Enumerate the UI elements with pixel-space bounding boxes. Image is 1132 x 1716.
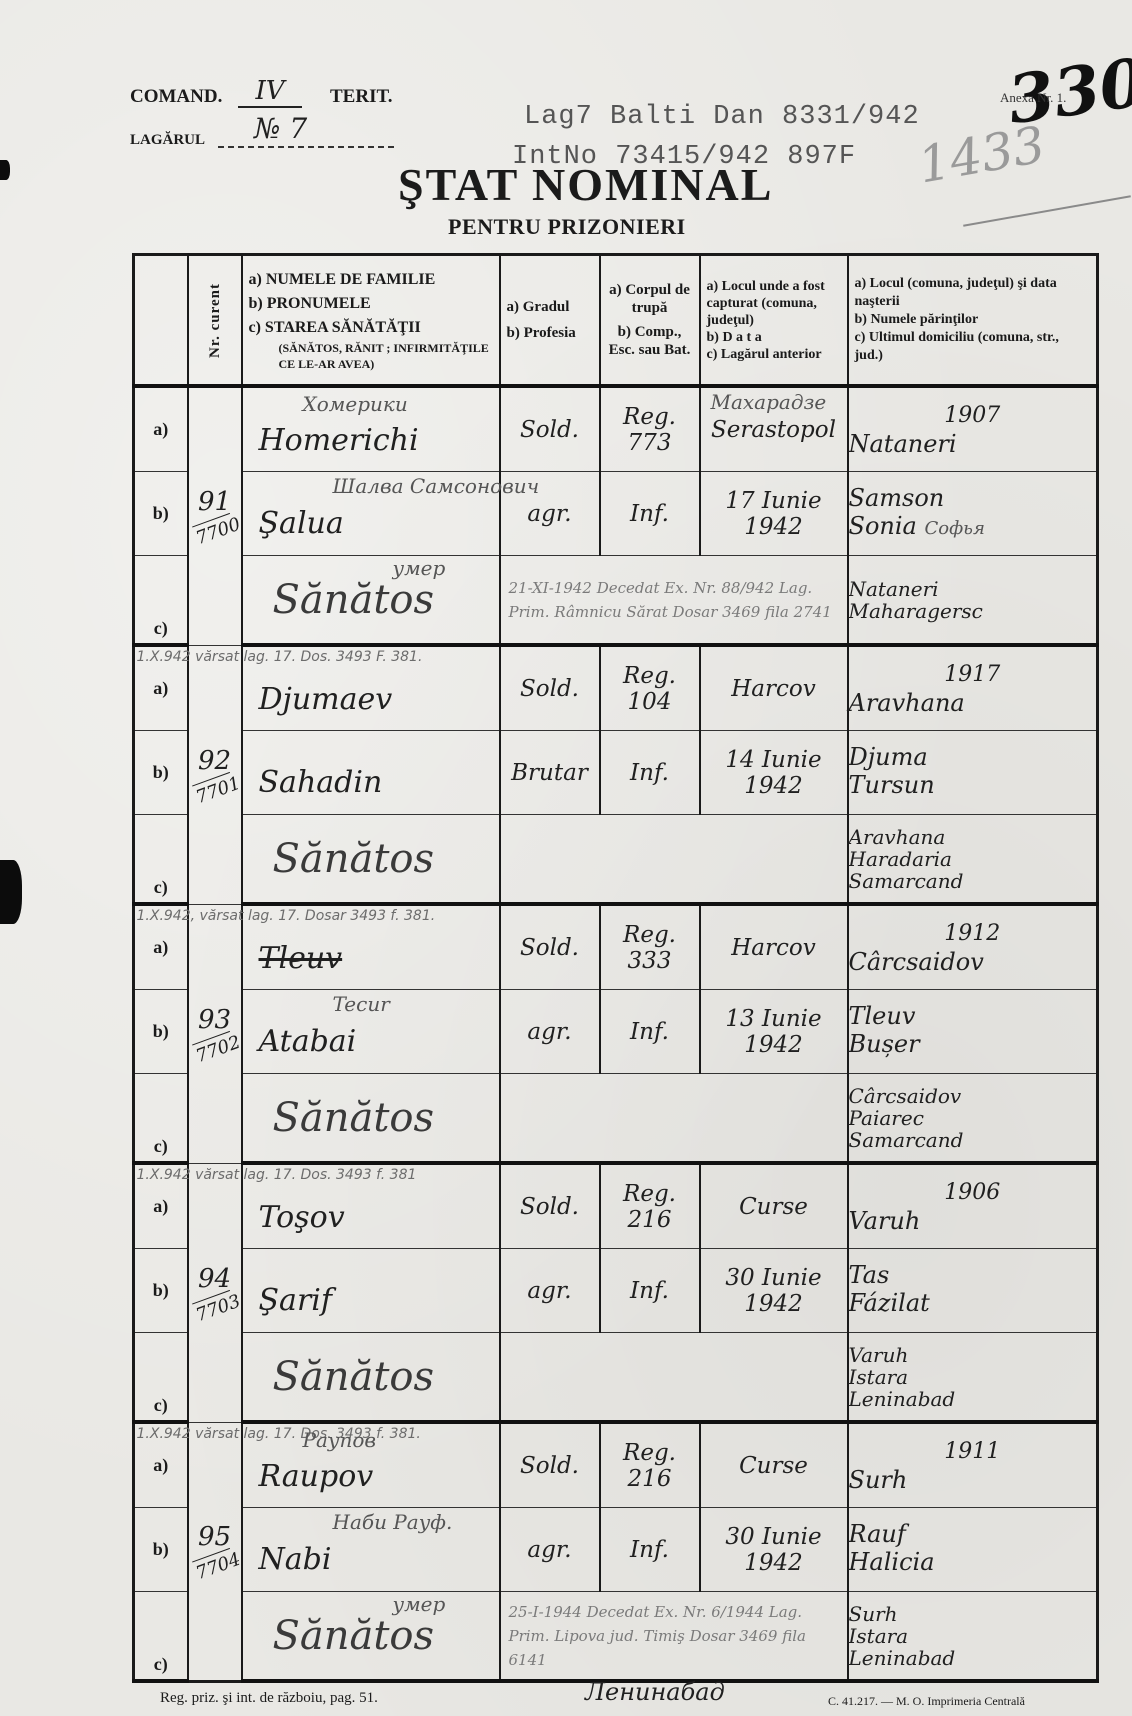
firstname-cell: Tecur Atabai (242, 990, 500, 1074)
unit-a: Reg. 216 (623, 1440, 676, 1492)
top-note: 1.X.942 vărsat lag. 17. Dos. 3493 F. 381… (137, 649, 423, 665)
health: Sănătos (243, 577, 499, 623)
unit-b: Inf. (630, 501, 669, 527)
top-note: 1.X.942, vărsat lag. 17. Dosar 3493 f. 3… (137, 908, 436, 924)
record-row-b: b) Tecur Atabai agr. Inf. 13 Iunie 1942 … (134, 990, 1098, 1074)
unit-b-cell: Inf. (600, 472, 700, 556)
bottom-note (501, 857, 847, 861)
unit-a-cell: Reg. 216 (600, 1422, 700, 1508)
health-cell: умер Sănătos (242, 556, 500, 646)
firstname: Sahadin (243, 745, 499, 800)
parents-cell: Djuma Tursun (848, 731, 1098, 815)
footer-handwritten-note: Ленинабад (585, 1678, 725, 1706)
nr: 93 (189, 1005, 241, 1035)
surname: Tleuv (243, 919, 499, 976)
row-label-b: b) (134, 731, 188, 815)
header-grade: a) Gradul b) Profesia (500, 255, 600, 387)
grade: Sold. (520, 676, 579, 702)
surname: Djumaev (243, 660, 499, 717)
domicile-cell: Aravhana Haradaria Samarcand (848, 815, 1098, 905)
record-number: 91 7700 (188, 386, 242, 645)
grade: Sold. (520, 417, 579, 443)
header-row-label (134, 255, 188, 387)
death-note-cell (500, 1333, 848, 1423)
capture-date-cell: 13 Iunie 1942 (700, 990, 848, 1074)
birth-cell: 1911 Surh (848, 1422, 1098, 1508)
profession: agr. (527, 501, 571, 527)
surname-cell: 1.X.942 vărsat lag. 17. Dos. 3493 f. 381… (242, 1422, 500, 1508)
domicile: Varuh Istara Leninabad (849, 1344, 1097, 1410)
capture-place: Serastopol (711, 417, 836, 443)
header-capture: a) Locul unde a fost capturat (comuna, j… (700, 255, 848, 387)
parents: Rauf Halicia (849, 1520, 935, 1576)
profession-cell: agr. (500, 472, 600, 556)
capture-date: 14 Iunie 1942 (725, 747, 821, 799)
row-label-b: b) (134, 1508, 188, 1592)
record-number: 93 7702 (188, 904, 242, 1163)
capture-place: Harcov (731, 935, 816, 961)
capture-place-cell: Harcov (700, 904, 848, 990)
lagar-label: LAGĂRUL (130, 132, 205, 149)
parents-note: Софья (924, 518, 984, 539)
top-note: 1.X.942 vărsat lag. 17. Dos. 3493 f. 381 (137, 1167, 417, 1183)
birth-year: 1911 (849, 1438, 1097, 1466)
domicile-cell: Varuh Istara Leninabad (848, 1333, 1098, 1423)
record-row-b: b) Наби Рауф. Nabi agr. Inf. 30 Iunie 19… (134, 1508, 1098, 1592)
parents: Tleuv Bușer (849, 1002, 920, 1058)
row-label-c: c) (134, 556, 188, 646)
record-row-a: a) 93 7702 1.X.942, vărsat lag. 17. Dosa… (134, 904, 1098, 990)
nr: 94 (189, 1264, 241, 1294)
unit-a-cell: Reg. 104 (600, 645, 700, 731)
bottom-note: 25-I-1944 Decedat Ex. Nr. 6/1944 Lag. Pr… (501, 1598, 847, 1674)
unit-a: Reg. 216 (623, 1181, 676, 1233)
parents: Tas Fázilat (849, 1261, 930, 1317)
unit-b: Inf. (630, 760, 669, 786)
margin-damage (0, 160, 10, 180)
birth-place: Surh (849, 1466, 1097, 1494)
profession: agr. (527, 1537, 571, 1563)
domicile-cell: Cârcsaidov Paiarec Samarcand (848, 1074, 1098, 1164)
capture-date-cell: 30 Iunie 1942 (700, 1249, 848, 1333)
row-label-c: c) (134, 1074, 188, 1164)
nr-sub: 7704 (192, 1548, 238, 1584)
nr-sub: 7700 (192, 513, 238, 549)
header-nr-curent: Nr. curent (188, 255, 242, 387)
row-label-a: a) (134, 386, 188, 472)
unit-a: Reg. 773 (623, 404, 676, 456)
record-row-b: b) Шалва Самсонович Şalua agr. Inf. 17 I… (134, 472, 1098, 556)
firstname-cell: Наби Рауф. Nabi (242, 1508, 500, 1592)
annex-label: Anexa Nr. 1. (1000, 90, 1066, 106)
capture-place-cell: Curse (700, 1163, 848, 1249)
record-row-c: c) Sănătos Aravhana Haradaria Samarcand (134, 815, 1098, 905)
parents-cell: Tas Fázilat (848, 1249, 1098, 1333)
record-row-c: c) Sănătos Cârcsaidov Paiarec Samarcand (134, 1074, 1098, 1164)
top-note: 1.X.942 vărsat lag. 17. Dos. 3493 f. 381… (137, 1426, 421, 1442)
profession-cell: agr. (500, 1249, 600, 1333)
health-cell: умер Sănătos (242, 1592, 500, 1682)
unit-a: Reg. 333 (623, 922, 676, 974)
row-label-b: b) (134, 990, 188, 1074)
death-note-cell: 25-I-1944 Decedat Ex. Nr. 6/1944 Lag. Pr… (500, 1592, 848, 1682)
firstname-cell: Шалва Самсонович Şalua (242, 472, 500, 556)
nr: 91 (189, 487, 241, 517)
parents-cell: Rauf Halicia (848, 1508, 1098, 1592)
lagar-value: № 7 (218, 112, 394, 148)
comand-value: IV (238, 76, 302, 108)
record-row-a: a) 95 7704 1.X.942 vărsat lag. 17. Dos. … (134, 1422, 1098, 1508)
health: Sănătos (243, 836, 499, 882)
record-number: 95 7704 (188, 1422, 242, 1681)
birth-year: 1907 (849, 402, 1097, 430)
surname-cell: Хомерики Homerichi (242, 386, 500, 472)
birth-cell: 1907 Nataneri (848, 386, 1098, 472)
birth-cell: 1906 Varuh (848, 1163, 1098, 1249)
profession-cell: agr. (500, 990, 600, 1074)
row-label-c: c) (134, 815, 188, 905)
nr-sub: 7701 (192, 771, 238, 807)
record-row-c: c) умер Sănătos 21-XI-1942 Decedat Ex. N… (134, 556, 1098, 646)
unit-b: Inf. (630, 1278, 669, 1304)
nr: 95 (189, 1522, 241, 1552)
profession-cell: agr. (500, 1508, 600, 1592)
margin-damage (0, 860, 22, 924)
firstname: Şarif (243, 1263, 499, 1318)
grade: Sold. (520, 935, 579, 961)
domicile-cell: Surh Istara Leninabad (848, 1592, 1098, 1682)
domicile-cell: Nataneri Maharagersc (848, 556, 1098, 646)
profession: agr. (527, 1278, 571, 1304)
grade: Sold. (520, 1453, 579, 1479)
firstname-cell: Şarif (242, 1249, 500, 1333)
surname-cyr: Хомерики (303, 392, 408, 416)
record-number: 92 7701 (188, 645, 242, 904)
death-note-cell: 21-XI-1942 Decedat Ex. Nr. 88/942 Lag. P… (500, 556, 848, 646)
capture-place-cell: Curse (700, 1422, 848, 1508)
row-label-b: b) (134, 1249, 188, 1333)
birth-year: 1917 (849, 661, 1097, 689)
nr-sub: 7702 (192, 1030, 238, 1066)
record-row-a: a) 94 7703 1.X.942 vărsat lag. 17. Dos. … (134, 1163, 1098, 1249)
capture-place: Curse (739, 1453, 808, 1479)
surname-cyr: Раупов (303, 1428, 377, 1452)
profession: Brutar (511, 760, 588, 786)
bottom-note (501, 1375, 847, 1379)
row-label-b: b) (134, 472, 188, 556)
birth-year: 1912 (849, 920, 1097, 948)
unit-a-cell: Reg. 773 (600, 386, 700, 472)
domicile: Surh Istara Leninabad (849, 1603, 1097, 1669)
unit-b: Inf. (630, 1019, 669, 1045)
birth-cell: 1917 Aravhana (848, 645, 1098, 731)
unit-b-cell: Inf. (600, 990, 700, 1074)
health-cell: Sănătos (242, 1333, 500, 1423)
record-row-a: a) 92 7701 1.X.942 vărsat lag. 17. Dos. … (134, 645, 1098, 731)
surname-cell: 1.X.942 vărsat lag. 17. Dos. 3493 F. 381… (242, 645, 500, 731)
birth-place: Aravhana (849, 689, 1097, 717)
record-row-c: c) Sănătos Varuh Istara Leninabad (134, 1333, 1098, 1423)
domicile: Cârcsaidov Paiarec Samarcand (849, 1085, 1097, 1151)
record-row-b: b) Şarif agr. Inf. 30 Iunie 1942 Tas Fáz… (134, 1249, 1098, 1333)
row-label-c: c) (134, 1333, 188, 1423)
capture-date-cell: 14 Iunie 1942 (700, 731, 848, 815)
record-row-b: b) Sahadin Brutar Inf. 14 Iunie 1942 Dju… (134, 731, 1098, 815)
profession-cell: Brutar (500, 731, 600, 815)
birth-year: 1906 (849, 1179, 1097, 1207)
birth-place: Nataneri (849, 430, 1097, 458)
capture-date: 30 Iunie 1942 (725, 1265, 821, 1317)
footer-printer: C. 41.217. — M. O. Imprimeria Centrală (828, 1694, 1025, 1709)
document-title: ŞTAT NOMINAL (398, 158, 773, 211)
document-subtitle: PENTRU PRIZONIERI (448, 214, 686, 240)
capture-note: Махарадзе (711, 390, 827, 414)
health-note: умер (393, 1592, 446, 1616)
parents-cell: Tleuv Bușer (848, 990, 1098, 1074)
surname-cell: 1.X.942 vărsat lag. 17. Dos. 3493 f. 381… (242, 1163, 500, 1249)
header-row: Nr. curent a) NUMELE DE FAMILIE b) PRONU… (134, 255, 1098, 387)
grade-cell: Sold. (500, 1422, 600, 1508)
grade-cell: Sold. (500, 904, 600, 990)
unit-b-cell: Inf. (600, 731, 700, 815)
pencil-number: 1433 (914, 115, 1049, 194)
domicile: Nataneri Maharagersc (849, 578, 1097, 622)
parents-cell: Samson Sonia Софья (848, 472, 1098, 556)
health: Sănătos (243, 1095, 499, 1141)
capture-place-cell: Harcov (700, 645, 848, 731)
bottom-note: 21-XI-1942 Decedat Ex. Nr. 88/942 Lag. P… (501, 574, 847, 626)
firstname-cyr: Наби Рауф. (333, 1510, 453, 1534)
grade: Sold. (520, 1194, 579, 1220)
parents: Djuma Tursun (849, 743, 935, 799)
nr-sub: 7703 (192, 1289, 238, 1325)
capture-date: 13 Iunie 1942 (725, 1006, 821, 1058)
record-row-a: a) 91 7700 Хомерики Homerichi Sold. Reg.… (134, 386, 1098, 472)
footer-reference: Reg. priz. şi int. de războiu, pag. 51. (160, 1690, 378, 1707)
grade-cell: Sold. (500, 386, 600, 472)
capture-place: Harcov (731, 676, 816, 702)
unit-b-cell: Inf. (600, 1508, 700, 1592)
grade-cell: Sold. (500, 1163, 600, 1249)
grade-cell: Sold. (500, 645, 600, 731)
unit-a: Reg. 104 (623, 663, 676, 715)
row-label-c: c) (134, 1592, 188, 1682)
domicile: Aravhana Haradaria Samarcand (849, 826, 1097, 892)
death-note-cell (500, 815, 848, 905)
header-birth: a) Locul (comuna, judeţul) şi data naşte… (848, 255, 1098, 387)
header-unit: a) Corpul de trupă b) Comp., Esc. sau Ba… (600, 255, 700, 387)
health-cell: Sănătos (242, 1074, 500, 1164)
capture-date-cell: 30 Iunie 1942 (700, 1508, 848, 1592)
birth-place: Varuh (849, 1207, 1097, 1235)
firstname-cyr: Tecur (333, 992, 390, 1016)
comand-label: COMAND. (130, 86, 222, 108)
terit-label: TERIT. (330, 86, 392, 108)
firstname-cell: Sahadin (242, 731, 500, 815)
capture-place: Curse (739, 1194, 808, 1220)
surname-cell: 1.X.942, vărsat lag. 17. Dosar 3493 f. 3… (242, 904, 500, 990)
pencil-stroke (963, 195, 1131, 226)
capture-date-cell: 17 Iunie 1942 (700, 472, 848, 556)
bottom-note (501, 1116, 847, 1120)
prisoner-roster-table: Nr. curent a) NUMELE DE FAMILIE b) PRONU… (132, 253, 1099, 1683)
health: Sănătos (243, 1613, 499, 1659)
nr: 92 (189, 746, 241, 776)
record-row-c: c) умер Sănătos 25-I-1944 Decedat Ex. Nr… (134, 1592, 1098, 1682)
surname: Toşov (243, 1178, 499, 1235)
profession: agr. (527, 1019, 571, 1045)
unit-b: Inf. (630, 1537, 669, 1563)
archive-stamp-line-1: Lag7 Balti Dan 8331/942 (524, 102, 920, 132)
record-number: 94 7703 (188, 1163, 242, 1422)
unit-a-cell: Reg. 216 (600, 1163, 700, 1249)
death-note-cell (500, 1074, 848, 1164)
health-note: умер (393, 556, 446, 580)
unit-b-cell: Inf. (600, 1249, 700, 1333)
unit-a-cell: Reg. 333 (600, 904, 700, 990)
capture-date: 17 Iunie 1942 (725, 488, 821, 540)
capture-place-cell: Махарадзе Serastopol (700, 386, 848, 472)
capture-date: 30 Iunie 1942 (725, 1524, 821, 1576)
health-cell: Sănătos (242, 815, 500, 905)
birth-place: Cârcsaidov (849, 948, 1097, 976)
health: Sănătos (243, 1354, 499, 1400)
header-name: a) NUMELE DE FAMILIE b) PRONUMELE c) STA… (242, 255, 500, 387)
birth-cell: 1912 Cârcsaidov (848, 904, 1098, 990)
